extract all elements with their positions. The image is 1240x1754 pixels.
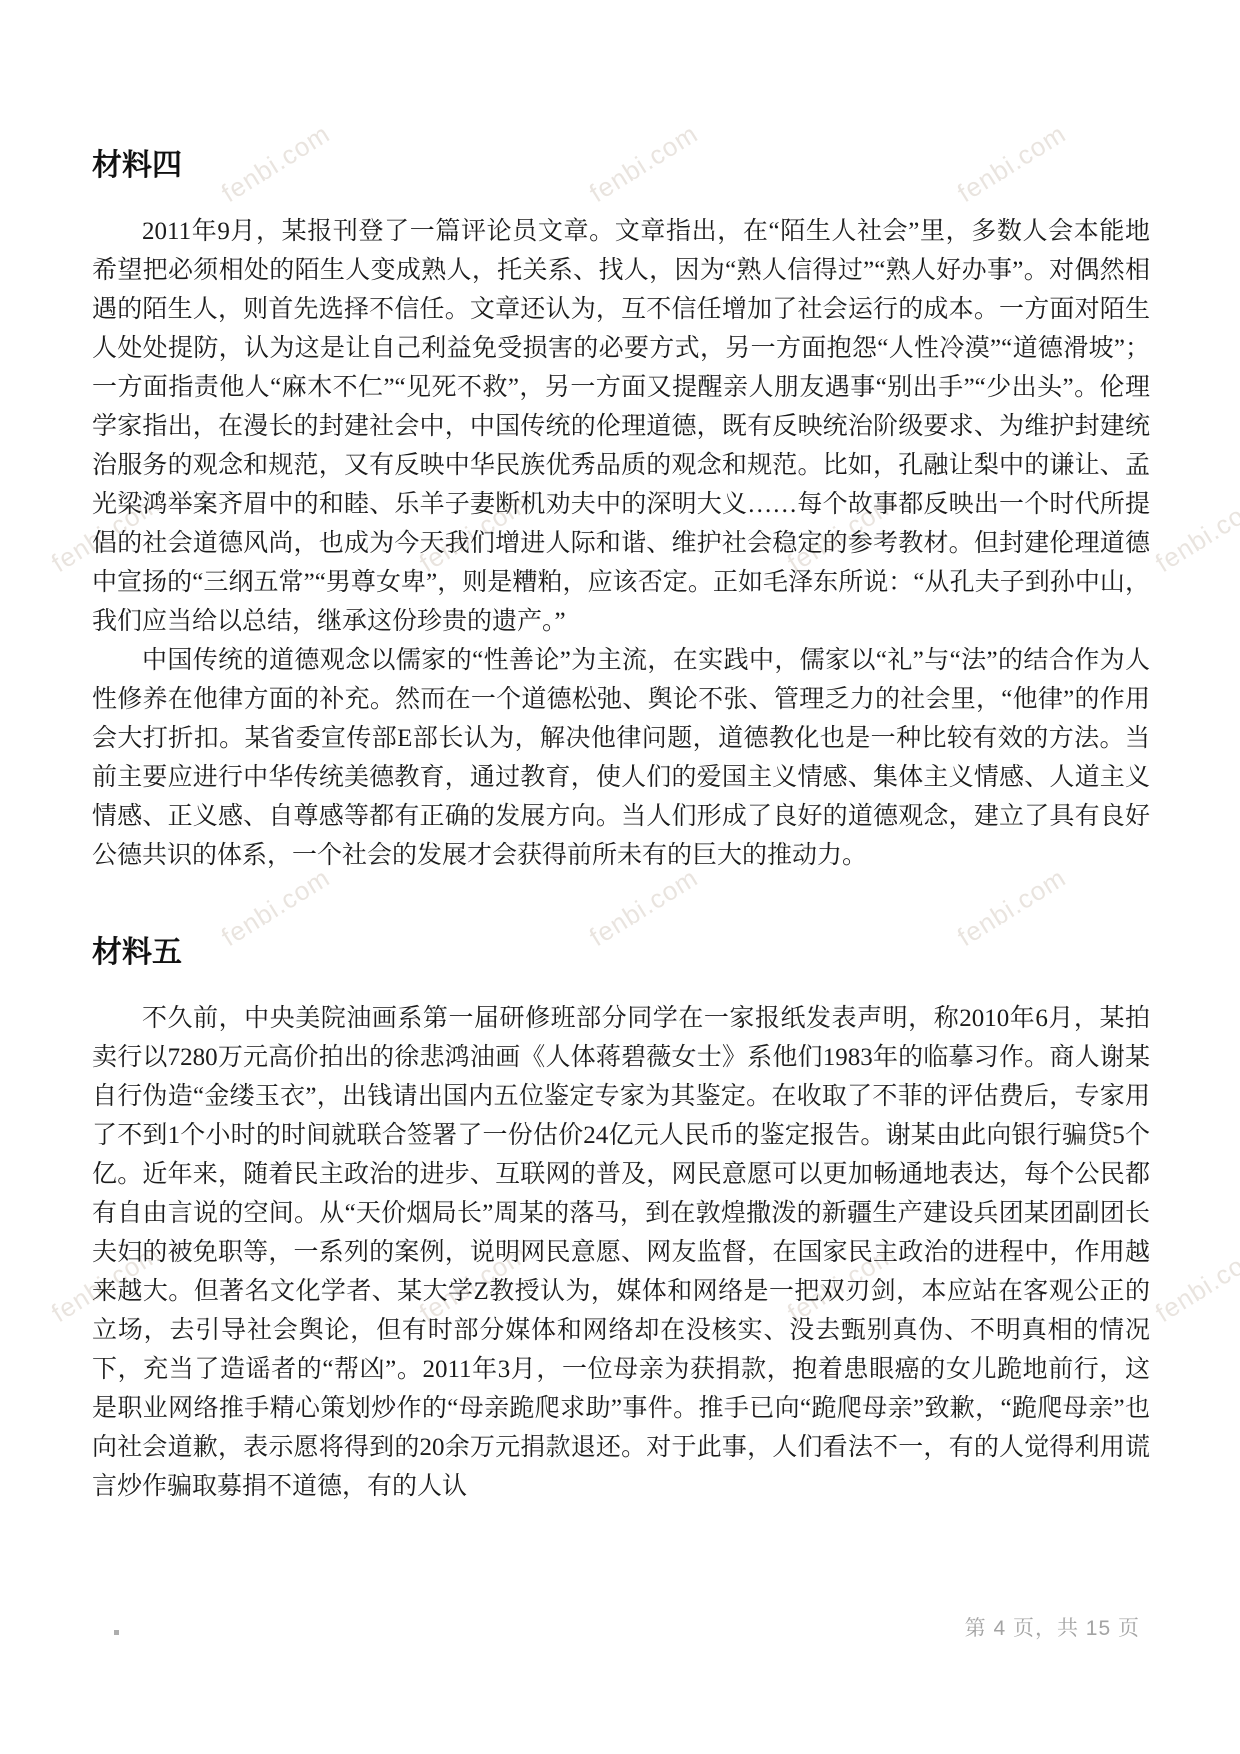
section-heading-material-5: 材料五 xyxy=(92,933,1150,973)
watermark-text: fenbi.com xyxy=(1150,1238,1240,1329)
page-content: 材料四 2011年9月，某报刊登了一篇评论员文章。文章指出，在“陌生人社会”里，… xyxy=(92,146,1150,1506)
material-4-paragraph-2: 中国传统的道德观念以儒家的“性善论”为主流，在实践中，儒家以“礼”与“法”的结合… xyxy=(92,641,1150,875)
material-4-paragraph-1: 2011年9月，某报刊登了一篇评论员文章。文章指出，在“陌生人社会”里，多数人会… xyxy=(92,212,1150,641)
material-5-paragraph-1: 不久前，中央美院油画系第一届研修班部分同学在一家报纸发表声明，称2010年6月，… xyxy=(92,999,1150,1506)
footer-dot xyxy=(114,1630,119,1635)
watermark-text: fenbi.com xyxy=(1150,488,1240,579)
page-number: 第 4 页，共 15 页 xyxy=(965,1612,1140,1642)
section-heading-material-4: 材料四 xyxy=(92,146,1150,186)
document-page: fenbi.comfenbi.comfenbi.comfenbi.comfenb… xyxy=(0,0,1240,1754)
